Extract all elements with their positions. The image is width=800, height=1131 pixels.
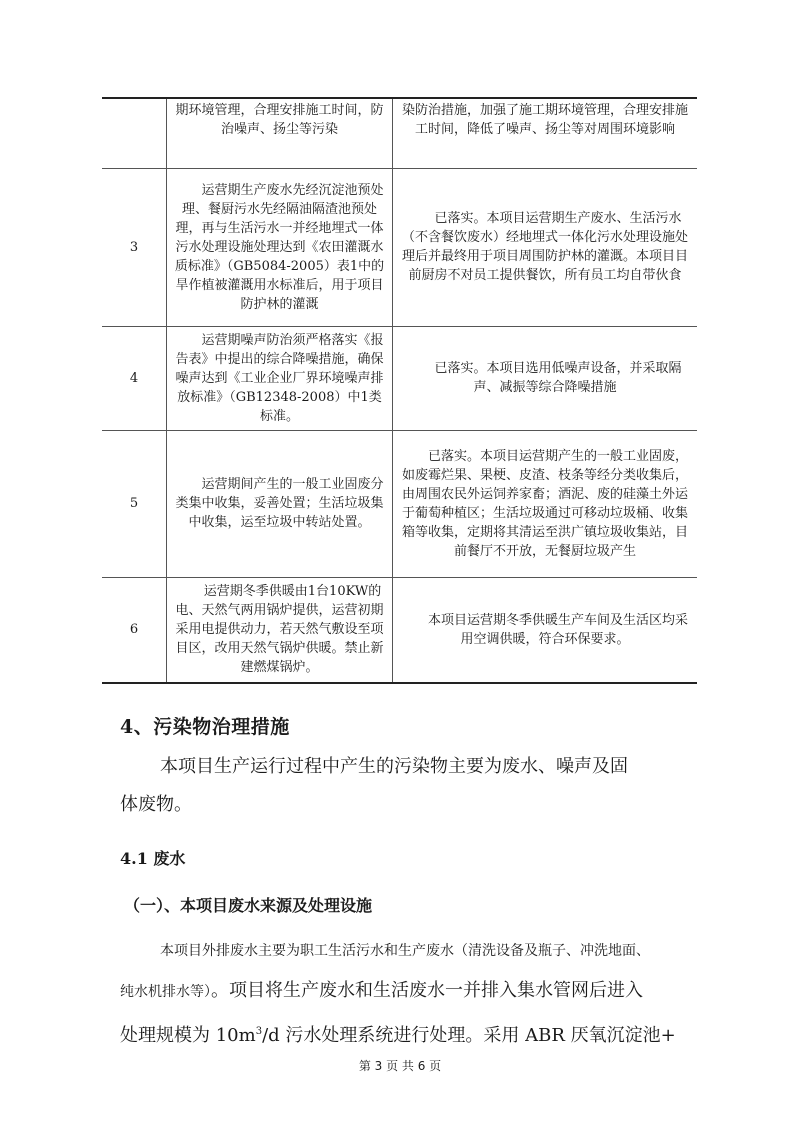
- implementation-text: 已落实。本项目选用低噪声设备，并采取隔声、减振等综合降噪措施: [399, 359, 691, 397]
- compliance-table: 期环境管理，合理安排施工时间，防治噪声、扬尘等污染 染防治措施，加强了施工期环境…: [102, 97, 697, 684]
- sub-subsection-heading: （一）、本项目废水来源及处理设施: [124, 893, 372, 916]
- implementation-cell: 已落实。本项目选用低噪声设备，并采取隔声、减振等综合降噪措施: [393, 326, 698, 430]
- implementation-cell: 已落实。本项目运营期生产废水、生活污水（不含餐饮废水）经地埋式一体化污水处理设施…: [393, 168, 698, 326]
- implementation-cell: 染防治措施，加强了施工期环境管理，合理安排施工时间，降低了噪声、扬尘等对周围环境…: [393, 98, 698, 168]
- row-number: 5: [102, 430, 167, 577]
- subsection-heading: 4.1 废水: [120, 846, 185, 869]
- requirement-text: 运营期冬季供暖由1台10KW的电、天然气两用锅炉提供，运营初期采用电提供动力，若…: [173, 582, 386, 677]
- section-intro-paragraph: 本项目生产运行过程中产生的污染物主要为废水、噪声及固 体废物。: [120, 748, 680, 824]
- paragraph-fragment: /d 污水处理系统进行处理。采用 ABR 厌氧沉淀池+: [262, 1025, 676, 1046]
- implementation-cell: 已落实。本项目运营期产生的一般工业固废，如废霉烂果、果梗、皮渣、枝条等经分类收集…: [393, 430, 698, 577]
- requirement-cell: 运营期噪声防治须严格落实《报告表》中提出的综合降噪措施，确保噪声达到《工业企业厂…: [167, 326, 393, 430]
- row-number: 4: [102, 326, 167, 430]
- table-row: 5 运营期间产生的一般工业固废分类集中收集，妥善处置；生活垃圾集中收集，运至垃圾…: [102, 430, 697, 577]
- implementation-cell: 本项目运营期冬季供暖生产车间及生活区均采用空调供暖，符合环保要求。: [393, 577, 698, 683]
- row-number: [102, 98, 167, 168]
- implementation-text: 已落实。本项目运营期生产废水、生活污水（不含餐饮废水）经地埋式一体化污水处理设施…: [399, 209, 691, 285]
- requirement-text: 期环境管理，合理安排施工时间，防治噪声、扬尘等污染: [175, 103, 383, 137]
- implementation-text: 本项目运营期冬季供暖生产车间及生活区均采用空调供暖，符合环保要求。: [399, 611, 691, 649]
- table-row: 4 运营期噪声防治须严格落实《报告表》中提出的综合降噪措施，确保噪声达到《工业企…: [102, 326, 697, 430]
- implementation-text: 已落实。本项目运营期产生的一般工业固废，如废霉烂果、果梗、皮渣、枝条等经分类收集…: [399, 447, 691, 561]
- table-row: 3 运营期生产废水先经沉淀池预处理、餐厨污水先经隔油隔渣池预处理，再与生活污水一…: [102, 168, 697, 326]
- requirement-text: 运营期间产生的一般工业固废分类集中收集，妥善处置；生活垃圾集中收集，运至垃圾中转…: [173, 475, 386, 532]
- table-row: 6 运营期冬季供暖由1台10KW的电、天然气两用锅炉提供，运营初期采用电提供动力…: [102, 577, 697, 683]
- requirement-text: 运营期噪声防治须严格落实《报告表》中提出的综合降噪措施，确保噪声达到《工业企业厂…: [173, 331, 386, 426]
- paragraph-fragment: 处理规模为 10m: [120, 1025, 256, 1046]
- paragraph-fragment: 。项目将生产废水和生活废水一并排入集水管网后进入: [211, 980, 643, 1001]
- requirement-text: 运营期生产废水先经沉淀池预处理、餐厨污水先经隔油隔渣池预处理，再与生活污水一并经…: [173, 181, 386, 314]
- requirement-cell: 运营期生产废水先经沉淀池预处理、餐厨污水先经隔油隔渣池预处理，再与生活污水一并经…: [167, 168, 393, 326]
- requirement-cell: 期环境管理，合理安排施工时间，防治噪声、扬尘等污染: [167, 98, 393, 168]
- row-number: 6: [102, 577, 167, 683]
- paragraph-fragment: 纯水机排水等）: [120, 984, 211, 1000]
- paragraph-line: 本项目生产运行过程中产生的污染物主要为废水、噪声及固: [120, 748, 680, 786]
- row-number: 3: [102, 168, 167, 326]
- table-row: 期环境管理，合理安排施工时间，防治噪声、扬尘等污染 染防治措施，加强了施工期环境…: [102, 98, 697, 168]
- implementation-text: 染防治措施，加强了施工期环境管理，合理安排施工时间，降低了噪声、扬尘等对周围环境…: [402, 103, 688, 137]
- section-heading: 4、污染物治理措施: [120, 712, 290, 739]
- paragraph-line: 纯水机排水等）。项目将生产废水和生活废水一并排入集水管网后进入: [120, 971, 680, 1012]
- requirement-cell: 运营期冬季供暖由1台10KW的电、天然气两用锅炉提供，运营初期采用电提供动力，若…: [167, 577, 393, 683]
- paragraph-line: 体废物。: [120, 786, 680, 824]
- document-page: 期环境管理，合理安排施工时间，防治噪声、扬尘等污染 染防治措施，加强了施工期环境…: [0, 0, 800, 1131]
- wastewater-paragraph: 本项目外排废水主要为职工生活污水和生产废水（清洗设备及瓶子、冲洗地面、 纯水机排…: [120, 931, 680, 1056]
- page-footer: 第 3 页 共 6 页: [0, 1057, 800, 1074]
- requirement-cell: 运营期间产生的一般工业固废分类集中收集，妥善处置；生活垃圾集中收集，运至垃圾中转…: [167, 430, 393, 577]
- paragraph-line: 处理规模为 10m3/d 污水处理系统进行处理。采用 ABR 厌氧沉淀池+: [120, 1012, 680, 1056]
- paragraph-line: 本项目外排废水主要为职工生活污水和生产废水（清洗设备及瓶子、冲洗地面、: [120, 931, 680, 971]
